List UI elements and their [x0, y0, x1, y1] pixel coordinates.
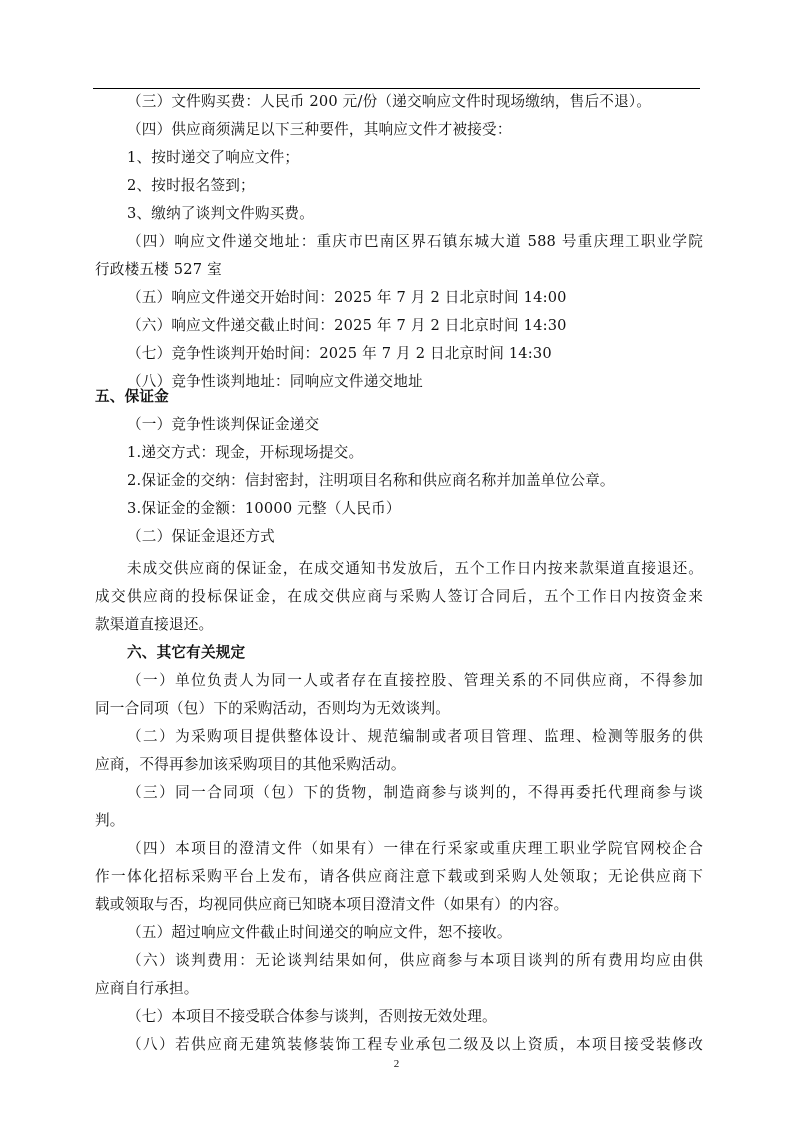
- submission-start-time: （五）响应文件递交开始时间：2025 年 7 月 2 日北京时间 14:00: [127, 288, 737, 308]
- purchase-fee-line: （三）文件购买费：人民币 200 元/份（递交响应文件时现场缴纳，售后不退）。: [127, 92, 737, 112]
- rule-8: （八）若供应商无建筑装修装饰工程专业承包二级及以上资质，本项目接受装修改: [127, 1035, 703, 1055]
- rule-6: （六）谈判费用：无论谈判结果如何，供应商参与本项目谈判的所有费用均应由供: [127, 951, 703, 971]
- deposit-item-2: 2.保证金的交纳：信封密封，注明项目名称和供应商名称并加盖单位公章。: [127, 471, 737, 491]
- rule-4: （四）本项目的澄清文件（如果有）一律在行采家或重庆理工职业学院官网校企合: [127, 839, 703, 859]
- deposit-refund-para-2: 成交供应商的投标保证金，在成交供应商与采购人签订合同后，五个工作日内按资金来: [95, 587, 703, 607]
- rule-3-cont: 判。: [95, 811, 705, 831]
- requirement-item-1: 1、按时递交了响应文件；: [127, 148, 737, 168]
- requirement-item-3: 3、缴纳了谈判文件购买费。: [127, 204, 737, 224]
- deposit-item-3: 3.保证金的金额：10000 元整（人民币）: [127, 499, 737, 519]
- deposit-refund-heading: （二）保证金退还方式: [127, 527, 737, 547]
- requirements-intro-line: （四）供应商须满足以下三种要件，其响应文件才被接受：: [127, 120, 737, 140]
- rule-3: （三）同一合同项（包）下的货物，制造商参与谈判的，不得再委托代理商参与谈: [127, 783, 703, 803]
- rule-1-cont: 同一合同项（包）下的采购活动，否则均为无效谈判。: [95, 699, 705, 719]
- submission-deadline: （六）响应文件递交截止时间：2025 年 7 月 2 日北京时间 14:30: [127, 316, 737, 336]
- rule-4-cont-2: 载或领取与否，均视同供应商已知晓本项目澄清文件（如果有）的内容。: [95, 895, 705, 915]
- submission-address-cont: 行政楼五楼 527 室: [95, 260, 705, 280]
- page-number: 2: [0, 1058, 793, 1070]
- rule-2: （二）为采购项目提供整体设计、规范编制或者项目管理、监理、检测等服务的供: [127, 727, 703, 747]
- deposit-refund-para-2-cont: 款渠道直接退还。: [95, 615, 705, 635]
- header-rule: [93, 88, 700, 89]
- document-page: （三）文件购买费：人民币 200 元/份（递交响应文件时现场缴纳，售后不退）。 …: [0, 0, 793, 1122]
- rule-4-cont-1: 作一体化招标采购平台上发布，请各供应商注意下载或到采购人处领取；无论供应商下: [95, 867, 703, 887]
- rule-6-cont: 应商自行承担。: [95, 979, 705, 999]
- rule-5: （五）超过响应文件截止时间递交的响应文件，恕不接收。: [127, 923, 737, 943]
- rule-2-cont: 应商，不得再参加该采购项目的其他采购活动。: [95, 755, 705, 775]
- deposit-item-1: 1.递交方式：现金，开标现场提交。: [127, 443, 737, 463]
- requirement-item-2: 2、按时报名签到；: [127, 176, 737, 196]
- section-heading-deposit: 五、保证金: [95, 387, 705, 407]
- deposit-refund-para-1: 未成交供应商的保证金，在成交通知书发放后，五个工作日内按来款渠道直接退还。: [127, 559, 703, 579]
- submission-address-line: （四）响应文件递交地址：重庆市巴南区界石镇东城大道 588 号重庆理工职业学院: [127, 232, 703, 252]
- rule-1: （一）单位负责人为同一人或者存在直接控股、管理关系的不同供应商，不得参加: [127, 671, 703, 691]
- section-heading-other-rules: 六、其它有关规定: [127, 643, 737, 663]
- rule-7: （七）本项目不接受联合体参与谈判，否则按无效处理。: [127, 1007, 737, 1027]
- deposit-submission-heading: （一）竞争性谈判保证金递交: [127, 415, 737, 435]
- negotiation-start-time: （七）竞争性谈判开始时间：2025 年 7 月 2 日北京时间 14:30: [127, 344, 737, 364]
